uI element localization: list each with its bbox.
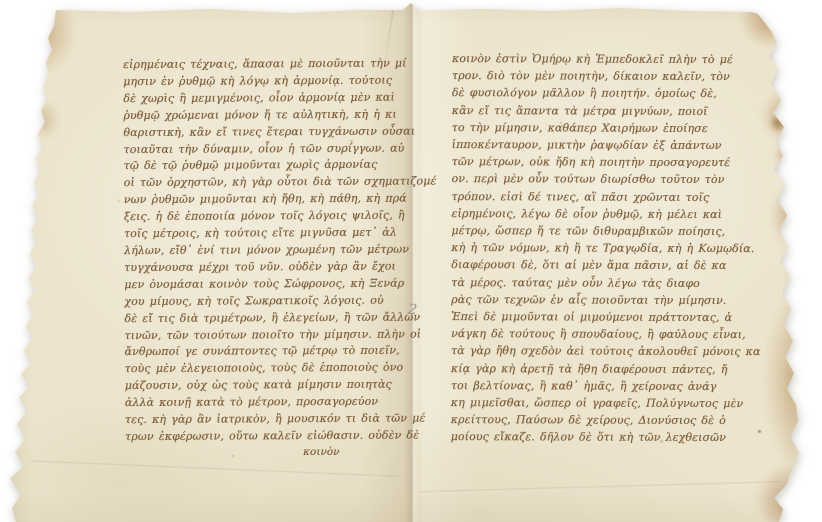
stain-right-edge-small	[774, 142, 794, 168]
manuscript-line: διαφέρουσι δὲ, ὅτι αἱ μὲν ἅμα πᾶσιν, αἱ …	[451, 256, 761, 274]
manuscript-line: τοι βελτίονας, ἢ καθ᾽ ἡμᾶς, ἢ χείρονας ἀ…	[451, 377, 761, 395]
foxing-spot	[118, 200, 120, 202]
manuscript-line: τρόπον. εἰσὶ δέ τινες, αἳ πᾶσι χρῶνται τ…	[451, 188, 761, 206]
manuscript-line: εἰρημένοις, λέγω δὲ οἷον ῥυθμῷ, κὴ μέλει…	[451, 205, 761, 223]
photo-stage: εἰρημέναις τέχναις, ἅπασαι μὲ ποιοῦνται …	[0, 0, 822, 522]
manuscript-line: χου μίμους, κὴ τοῖς Σωκρατικοῖς λόγοις. …	[124, 292, 437, 311]
manuscript-line: κίᾳ γὰρ κὴ ἀρετῇ τὰ ἤθη διαφέρουσι πάντε…	[451, 360, 761, 378]
stain-right-edge	[770, 186, 800, 246]
stain-right-edge	[762, 90, 800, 142]
manuscript-line: μέτρῳ, ὥσπερ ἥ τε τῶν διθυραμβικῶν ποίησ…	[451, 222, 761, 240]
manuscript-line: κη μιμεῖσθαι, ὥσπερ οἱ γραφεῖς, Πολύγνωτ…	[451, 394, 761, 412]
manuscript-line: Ἐπεὶ δὲ μιμοῦνται οἱ μιμούμενοι πράττοντ…	[451, 308, 761, 326]
manuscript-line: τὰ μέρος. ταύτας μὲν οὖν λέγω τὰς διαφο	[451, 274, 761, 292]
paper-crease	[30, 460, 400, 478]
manuscript-line: μεν ὀνομάσαι κοινὸν τοὺς Σώφρονος, κὴ Ξε…	[124, 275, 437, 294]
manuscript-line: τυγχάνουσα μέχρι τοῦ νῦν. οὐδὲν γὰρ ἂν ἔ…	[124, 258, 437, 277]
manuscript-line: κἂν εἴ τις ἅπαντα τὰ μέτρα μιγνύων, ποιο…	[452, 102, 762, 120]
manuscript-line: ῥυθμῷ χρώμεναι μόνον ἥ τε αὐλητικὴ, κὴ ἡ…	[123, 106, 436, 125]
manuscript-line: οἱ τῶν ὀρχηστῶν, κὴ γὰρ οὗτοι διὰ τῶν σχ…	[124, 174, 437, 193]
manuscript-line: εἰρημέναις τέχναις, ἅπασαι μὲ ποιοῦνται …	[123, 55, 436, 74]
stain-left-edge	[26, 100, 60, 140]
manuscript-line: τρων ἐκφέρωσιν, οὕτω καλεῖν εἰώθασιν. οὐ…	[125, 427, 438, 446]
manuscript-line: δὲ φυσιολόγον μᾶλλον ἢ ποιητήν. ὁμοίως δ…	[452, 84, 762, 102]
right-page-text-block: κοινὸν ἐστὶν Ὁμήρῳ κὴ Ἐμπεδοκλεῖ πλὴν τὸ…	[451, 50, 762, 447]
manuscript-line: τῶν μέτρων, οὐκ ἤδη κὴ ποιητὴν προσαγορε…	[452, 153, 762, 171]
manuscript-line: μησιν ἐν ῥυθμῷ κὴ λόγῳ κὴ ἁρμονίᾳ. τούτο…	[123, 72, 436, 91]
manuscript-line: δὲ χωρὶς ἢ μεμιγμένοις, οἷον ἁρμονίᾳ μὲν…	[123, 89, 436, 108]
left-page-text-block: εἰρημέναις τέχναις, ἅπασαι μὲ ποιοῦνται …	[123, 55, 438, 445]
paper-sheet: εἰρημέναις τέχναις, ἅπασαι μὲ ποιοῦνται …	[0, 0, 822, 522]
stain-top-right-corner	[740, 2, 792, 48]
manuscript-line: τινῶν, τῶν τοιούτων ποιοῖτο τὴν μίμησιν.…	[124, 326, 437, 345]
manuscript-line: κρείττους, Παύσων δὲ χείρους, Διονύσιος …	[451, 411, 761, 429]
manuscript-line: τρον. διὸ τὸν μὲν ποιητὴν, δίκαιον καλεῖ…	[452, 67, 762, 85]
stain-top-left-edge	[28, 2, 76, 76]
foxing-spot	[232, 455, 234, 457]
manuscript-line: ρὰς τῶν τεχνῶν ἐν αἷς ποιοῦνται τὴν μίμη…	[451, 291, 761, 309]
manuscript-line: νων ῥυθμῶν μιμοῦνται κὴ ἤθη, κὴ πάθη, κὴ…	[124, 191, 437, 210]
manuscript-line: ἀλλὰ κοινῇ κατὰ τὸ μέτρον, προσαγορεύον	[125, 393, 438, 412]
manuscript-line: ἄνθρωποί γε συνάπτοντες τῷ μέτρῳ τὸ ποιε…	[125, 343, 438, 362]
stain-right-edge-dark-core	[770, 114, 786, 132]
manuscript-line: δὲ εἴ τις διὰ τριμέτρων, ἢ ἐλεγείων, ἢ τ…	[124, 309, 437, 328]
stain-bottom-right-corner	[756, 465, 806, 522]
manuscript-line: τὰ γὰρ ἤθη σχεδὸν ἀεὶ τούτοις ἀκολουθεῖ …	[451, 342, 761, 360]
manuscript-line: μάζουσιν, οὐχ ὡς τοὺς κατὰ μίμησιν ποιητ…	[125, 377, 438, 396]
manuscript-line: τοὺς μὲν ἐλεγειοποιοὺς, τοὺς δὲ ἐποποιοὺ…	[125, 360, 438, 379]
manuscript-line: λήλων, εἴθ᾽ ἑνί τινι μόνον χρωμένη τῶν μ…	[124, 241, 437, 260]
manuscript-line: τες. κὴ γὰρ ἂν ἰατρικὸν, ἢ μουσικόν τι δ…	[125, 410, 438, 429]
manuscript-bifolium: εἰρημέναις τέχναις, ἅπασαι μὲ ποιοῦνται …	[0, 0, 822, 522]
manuscript-line: ξεις. ἡ δὲ ἐποποιία μόνον τοῖς λόγοις ψι…	[124, 208, 437, 227]
manuscript-line: μοίους εἴκαζε. δῆλον δὲ ὅτι κὴ τῶν λεχθε…	[451, 428, 761, 446]
manuscript-line: το τὴν μίμησιν, καθάπερ Χαιρήμων ἐποίησε	[452, 119, 762, 137]
manuscript-line: νάγκη δὲ τούτους ἢ σπουδαίους, ἢ φαύλους…	[451, 325, 761, 343]
paper-crease	[420, 481, 780, 494]
manuscript-line: κὴ ἡ τῶν νόμων, κὴ ἥ τε Τραγῳδία, κὴ ἡ Κ…	[451, 239, 761, 257]
stain-right-edge-large	[764, 295, 804, 465]
catchword: κοινὸν	[303, 446, 339, 458]
manuscript-line: τοῖς μέτροις, κὴ τούτοις εἴτε μιγνῦσα με…	[124, 224, 437, 243]
manuscript-line: τοιαῦται τὴν δύναμιν, οἷον ἡ τῶν συρίγγω…	[123, 140, 436, 159]
manuscript-line: ον. περὶ μὲν οὖν τούτων διωρίσθω τοῦτον …	[452, 170, 762, 188]
manuscript-line: κοινὸν ἐστὶν Ὁμήρῳ κὴ Ἐμπεδοκλεῖ πλὴν τὸ…	[452, 50, 762, 68]
manuscript-line: ἱπποκένταυρον, μικτὴν ῥαψῳδίαν ἐξ ἁπάντω…	[452, 136, 762, 154]
manuscript-line: θαριστικὴ, κἂν εἴ τινες ἕτεραι τυγχάνωσι…	[123, 123, 436, 142]
manuscript-line: τῷ δὲ τῷ ῥυθμῷ μιμοῦνται χωρὶς ἁρμονίας	[124, 157, 437, 176]
